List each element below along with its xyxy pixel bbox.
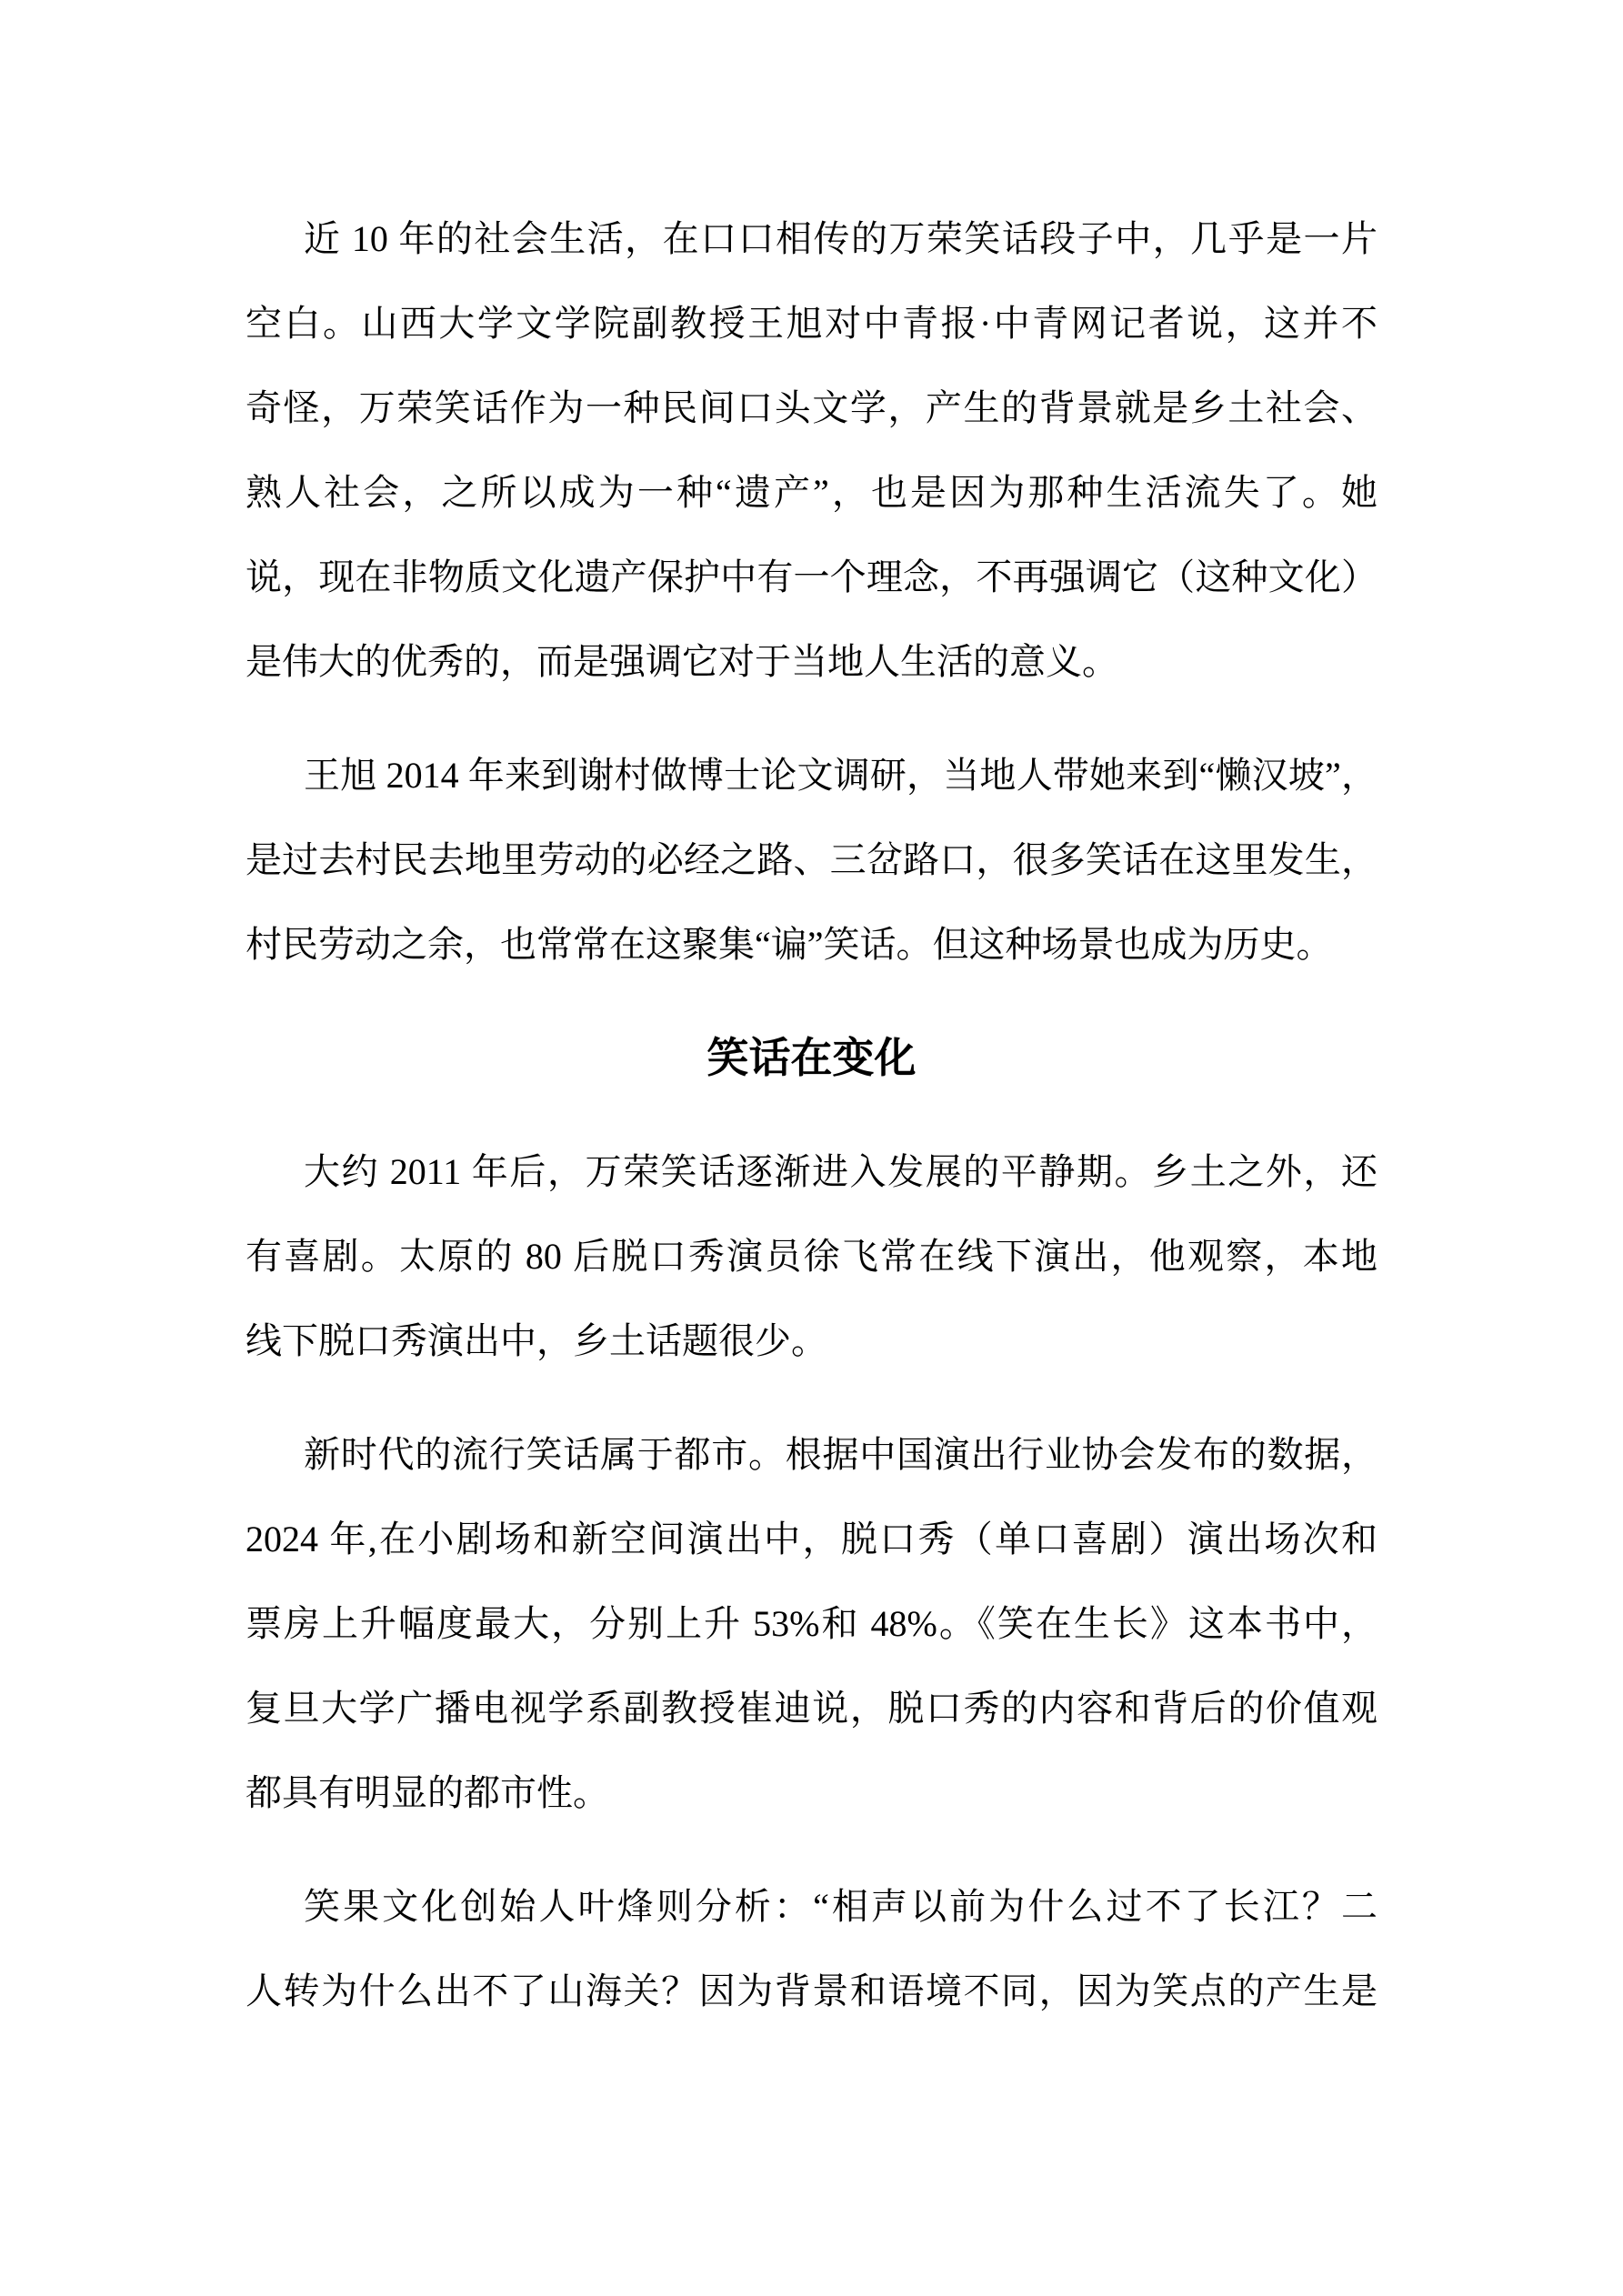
text-line: 有喜剧。太原的 80 后脱口秀演员徐飞常在线下演出，他观察，本地 [245, 1214, 1378, 1298]
paragraph-2: 王旭 2014 年来到谢村做博士论文调研，当地人带她来到“懒汉坡”， 是过去村民… [245, 733, 1378, 987]
text-line: 村民劳动之余，也常常在这聚集“谝”笑话。但这种场景也成为历史。 [245, 902, 1378, 987]
text-line: 大约 2011 年后，万荣笑话逐渐进入发展的平静期。乡土之外，还 [245, 1129, 1378, 1214]
text-line: 新时代的流行笑话属于都市。根据中国演出行业协会发布的数据， [245, 1412, 1378, 1497]
text-line: 人转为什么出不了山海关？因为背景和语境不同，因为笑点的产生是 [245, 1949, 1378, 2033]
text-line: 2024 年,在小剧场和新空间演出中，脱口秀（单口喜剧）演出场次和 [245, 1497, 1378, 1581]
text-line: 是过去村民去地里劳动的必经之路、三岔路口，很多笑话在这里发生， [245, 817, 1378, 902]
paragraph-4: 新时代的流行笑话属于都市。根据中国演出行业协会发布的数据， 2024 年,在小剧… [245, 1412, 1378, 1835]
text-line: 线下脱口秀演出中，乡土话题很少。 [245, 1298, 1378, 1383]
section-heading: 笑话在变化 [245, 1016, 1378, 1100]
text-line: 王旭 2014 年来到谢村做博士论文调研，当地人带她来到“懒汉坡”， [245, 733, 1378, 817]
text-line: 熟人社会，之所以成为一种“遗产”，也是因为那种生活流失了。她 [245, 450, 1378, 535]
text-line: 笑果文化创始人叶烽则分析：“相声以前为什么过不了长江？二 [245, 1864, 1378, 1949]
paragraph-1: 近 10 年的社会生活，在口口相传的万荣笑话段子中，几乎是一片 空白。山西大学文… [245, 196, 1378, 704]
paragraph-5: 笑果文化创始人叶烽则分析：“相声以前为什么过不了长江？二 人转为什么出不了山海关… [245, 1864, 1378, 2033]
text-line: 空白。山西大学文学院副教授王旭对中青报·中青网记者说，这并不 [245, 281, 1378, 366]
text-line: 复旦大学广播电视学系副教授崔迪说，脱口秀的内容和背后的价值观 [245, 1666, 1378, 1750]
document-page: 近 10 年的社会生活，在口口相传的万荣笑话段子中，几乎是一片 空白。山西大学文… [0, 0, 1623, 2296]
text-line: 票房上升幅度最大，分别上升 53%和 48%。《笑在生长》这本书中， [245, 1581, 1378, 1666]
text-line: 都具有明显的都市性。 [245, 1750, 1378, 1835]
paragraph-3: 大约 2011 年后，万荣笑话逐渐进入发展的平静期。乡土之外，还 有喜剧。太原的… [245, 1129, 1378, 1383]
text-line: 是伟大的优秀的，而是强调它对于当地人生活的意义。 [245, 619, 1378, 704]
text-line: 说，现在非物质文化遗产保护中有一个理念，不再强调它（这种文化） [245, 535, 1378, 619]
text-line: 奇怪，万荣笑话作为一种民间口头文学，产生的背景就是乡土社会、 [245, 366, 1378, 450]
text-line: 近 10 年的社会生活，在口口相传的万荣笑话段子中，几乎是一片 [245, 196, 1378, 281]
